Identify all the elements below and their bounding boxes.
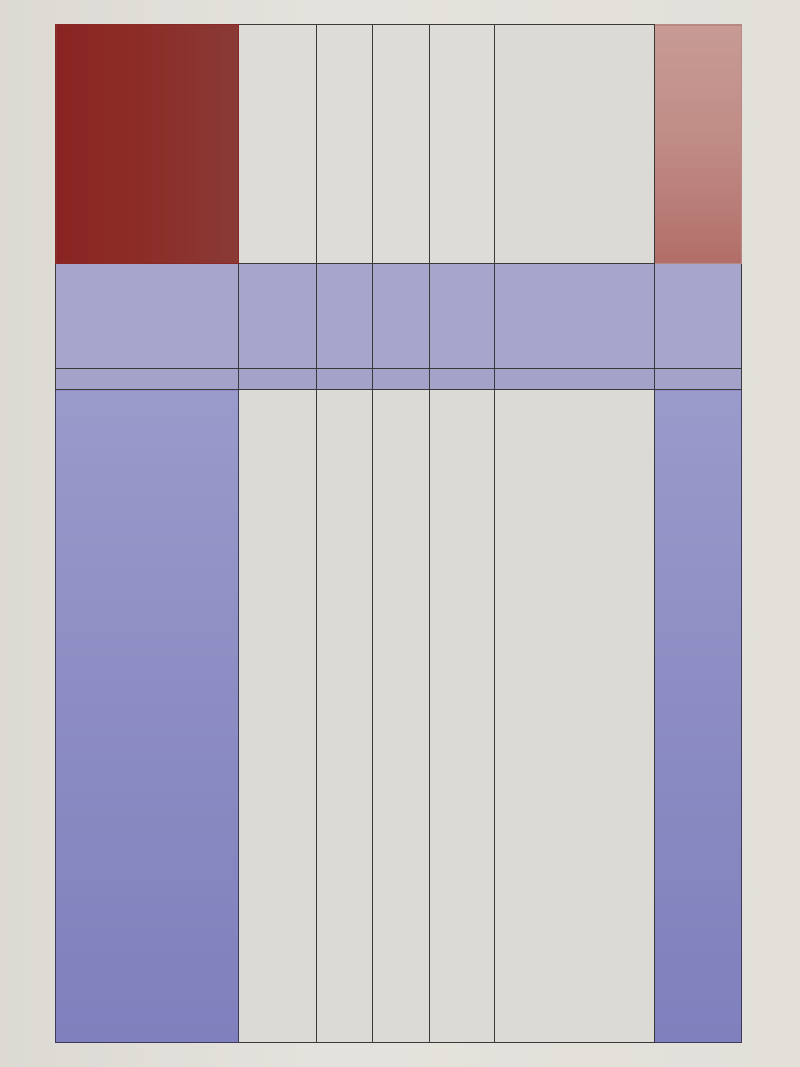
max-kint-value [317, 390, 373, 1043]
column-number [56, 369, 239, 390]
graphic-code [655, 390, 742, 1043]
empty-cell [317, 25, 373, 264]
empty-cell [239, 25, 317, 264]
zoning-table [55, 24, 742, 1043]
max-density-value [239, 390, 317, 1043]
document-page [0, 0, 800, 1067]
description-continuation-cell [495, 25, 655, 264]
header-category [56, 264, 239, 369]
column-number-row [56, 369, 742, 390]
column-number [655, 369, 742, 390]
empty-cell [373, 25, 430, 264]
category-cell-red [56, 25, 239, 264]
column-number [239, 369, 317, 390]
table-header-row [56, 264, 742, 369]
column-number [430, 369, 495, 390]
header-max-kint [317, 264, 373, 369]
header-max-cornice [430, 264, 495, 369]
column-number [495, 369, 655, 390]
graphic-cell-pink [655, 25, 742, 264]
table-row [56, 390, 742, 1043]
purpose-description [495, 390, 655, 1043]
table-row-continuation [56, 25, 742, 264]
header-graphic [655, 264, 742, 369]
max-cornice-value [430, 390, 495, 1043]
min-green-value [373, 390, 430, 1043]
header-max-density [239, 264, 317, 369]
category-name [56, 390, 239, 1043]
empty-cell [430, 25, 495, 264]
column-number [317, 369, 373, 390]
header-min-green [373, 264, 430, 369]
column-number [373, 369, 430, 390]
header-purpose [495, 264, 655, 369]
